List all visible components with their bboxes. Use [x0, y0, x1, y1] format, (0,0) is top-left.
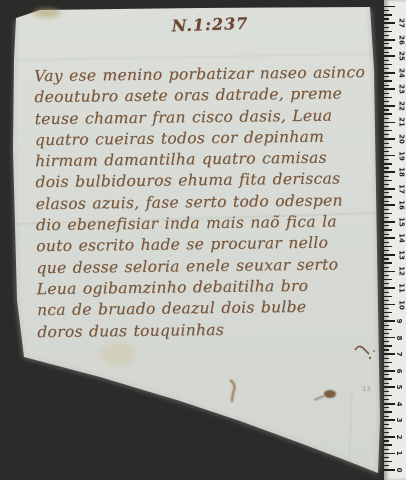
ruler-tick: [384, 176, 389, 177]
ruler-tick: [384, 184, 389, 185]
ruler-number: 24: [397, 68, 404, 78]
ruler-tick: [384, 325, 389, 326]
ruler-number: 3: [395, 418, 402, 423]
ruler-number: 0: [395, 468, 402, 473]
ruler-tick: [384, 209, 389, 210]
ruler-tick: [384, 188, 395, 190]
ruler-number: 19: [397, 151, 404, 161]
stain: [33, 8, 61, 18]
ruler-number: 15: [397, 217, 404, 227]
ruler-tick: [384, 292, 389, 293]
ruler-tick: [384, 237, 395, 239]
ruler-tick: [384, 68, 389, 69]
ruler-tick: [384, 64, 392, 65]
ruler-tick: [384, 88, 395, 90]
ruler-number: 25: [397, 51, 404, 61]
ruler-tick: [384, 258, 389, 259]
ruler-tick: [384, 138, 395, 140]
ruler-tick: [384, 399, 389, 400]
ruler-number: 1: [395, 451, 402, 456]
manuscript-line: teuse chamar fran cisco dasis, Leua: [35, 105, 381, 131]
folio-number: 13: [362, 385, 371, 393]
manuscript-line: que desse seloria enele seuxar serto: [36, 254, 382, 280]
ruler-tick: [384, 444, 392, 445]
ruler-tick: [384, 283, 389, 284]
ruler-tick: [384, 105, 395, 107]
ruler-number: 11: [397, 283, 404, 293]
ruler-tick: [384, 122, 395, 124]
ruler-number: 4: [395, 401, 402, 406]
ruler-tick: [384, 267, 389, 268]
ruler-tick: [384, 383, 389, 384]
ruler-tick: [384, 403, 395, 405]
ruler-number: 8: [395, 335, 402, 340]
ruler-tick: [384, 14, 392, 15]
ruler-tick: [384, 300, 389, 301]
ruler-tick: [384, 449, 389, 450]
ruler-tick: [384, 52, 389, 53]
ruler-tick: [384, 374, 389, 375]
ruler-tick: [384, 254, 395, 256]
ruler-tick: [384, 275, 389, 276]
ruler-tick: [384, 35, 389, 36]
ruler-tick: [384, 97, 392, 98]
ruler-tick: [384, 217, 389, 218]
ruler-tick: [384, 271, 395, 273]
ruler-tick: [384, 31, 392, 32]
ruler-number: 17: [397, 184, 404, 194]
ruler-number: 20: [397, 134, 404, 144]
ruler-tick: [384, 461, 392, 462]
ruler-tick: [384, 353, 395, 355]
ruler-number: 9: [395, 319, 402, 324]
ruler-number: 18: [397, 167, 404, 177]
ruler-tick: [384, 416, 389, 417]
ruler-tick: [384, 453, 395, 455]
ruler-tick: [384, 80, 392, 81]
ruler-tick: [384, 213, 392, 214]
ruler-tick: [384, 366, 389, 367]
ruler-tick: [384, 316, 389, 317]
ruler-tick: [384, 407, 389, 408]
ruler-tick: [384, 329, 392, 330]
ruler-tick: [384, 147, 392, 148]
ruler-tick: [384, 428, 392, 429]
ruler-tick: [384, 391, 389, 392]
ruler-tick: [384, 201, 389, 202]
ruler-tick: [384, 151, 389, 152]
ruler-tick: [384, 180, 392, 181]
ruler-tick: [384, 113, 392, 114]
ruler-tick: [384, 130, 392, 131]
ruler-tick: [384, 304, 395, 306]
ruler-tick: [384, 349, 389, 350]
ruler-tick: [384, 341, 389, 342]
ruler-tick: [384, 250, 389, 251]
ruler-tick: [384, 358, 389, 359]
ruler-number: 6: [395, 368, 402, 373]
ruler-tick: [384, 192, 389, 193]
ruler-number: 22: [397, 101, 404, 111]
ruler-tick: [384, 262, 392, 263]
ruler-tick: [384, 163, 392, 164]
ruler-number: 13: [397, 250, 404, 260]
ruler: 0123456789101112131415161718192021222324…: [384, 0, 406, 480]
ruler-tick: [384, 308, 389, 309]
ink-blot: [324, 390, 336, 398]
ruler-tick: [384, 47, 392, 48]
ruler-tick: [384, 287, 395, 289]
ruler-number: 14: [397, 233, 404, 243]
ruler-tick: [384, 204, 395, 206]
ruler-tick: [384, 22, 395, 24]
ruler-tick: [384, 225, 389, 226]
ruler-tick: [384, 126, 389, 127]
ruler-tick: [384, 134, 389, 135]
ruler-tick: [384, 10, 389, 11]
ruler-number: 2: [395, 434, 402, 439]
ruler-tick: [384, 39, 395, 41]
ruler-number: 5: [395, 385, 402, 390]
ruler-tick: [384, 395, 392, 396]
ruler-tick: [384, 221, 395, 223]
ruler-tick: [384, 333, 389, 334]
ruler-tick: [384, 196, 392, 197]
ruler-tick: [384, 159, 389, 160]
ruler-number: 16: [397, 200, 404, 210]
ruler-tick: [384, 143, 389, 144]
ruler-tick: [384, 55, 395, 57]
ruler-tick: [384, 279, 392, 280]
ruler-tick: [384, 362, 392, 363]
ruler-tick: [384, 312, 392, 313]
stain: [100, 342, 136, 366]
ruler-tick: [384, 167, 389, 168]
ruler-number: 26: [397, 35, 404, 45]
ruler-tick: [384, 234, 389, 235]
ruler-tick: [384, 242, 389, 243]
ruler-tick: [384, 424, 389, 425]
ruler-tick: [384, 419, 395, 421]
ruler-tick: [384, 109, 389, 110]
ruler-tick: [384, 43, 389, 44]
ink-dot: [369, 357, 371, 359]
ruler-number: 21: [397, 118, 404, 128]
ruler-number: 23: [397, 84, 404, 94]
ruler-tick: [384, 85, 389, 86]
scan-background: N.1:237 Vay ese menino porbatizar naseo …: [0, 0, 406, 480]
ink-dot: [373, 350, 375, 352]
ruler-tick: [384, 229, 392, 230]
ruler-tick: [384, 93, 389, 94]
ruler-tick: [384, 118, 389, 119]
ruler-tick: [384, 101, 389, 102]
ruler-tick: [384, 440, 389, 441]
manuscript-line: doros duas touquinhas: [37, 318, 383, 344]
ruler-tick: [384, 6, 395, 8]
ruler-tick: [384, 155, 395, 157]
ruler-tick: [384, 457, 389, 458]
ruler-tick: [384, 246, 392, 247]
ruler-tick: [384, 60, 389, 61]
ruler-tick: [384, 18, 389, 19]
ruler-tick: [384, 171, 395, 173]
ruler-tick: [384, 337, 395, 339]
ruler-tick: [384, 72, 395, 74]
ruler-tick: [384, 436, 395, 438]
ruler-number: 7: [395, 352, 402, 357]
ruler-tick: [384, 370, 395, 372]
ruler-tick: [384, 432, 389, 433]
ruler-tick: [384, 345, 392, 346]
ruler-tick: [384, 296, 392, 297]
ruler-tick: [384, 27, 389, 28]
ruler-tick: [384, 76, 389, 77]
ruler-tick: [384, 411, 392, 412]
manuscript-text: Vay ese menino porbatizar naseo asincode…: [34, 62, 383, 343]
ruler-tick: [384, 378, 392, 379]
ruler-number: 10: [397, 300, 404, 310]
ruler-tick: [384, 320, 395, 322]
ruler-tick: [384, 465, 389, 466]
ruler-tick: [384, 469, 395, 471]
ruler-number: 27: [397, 18, 404, 28]
ruler-number: 12: [397, 267, 404, 277]
ruler-tick: [384, 386, 395, 388]
